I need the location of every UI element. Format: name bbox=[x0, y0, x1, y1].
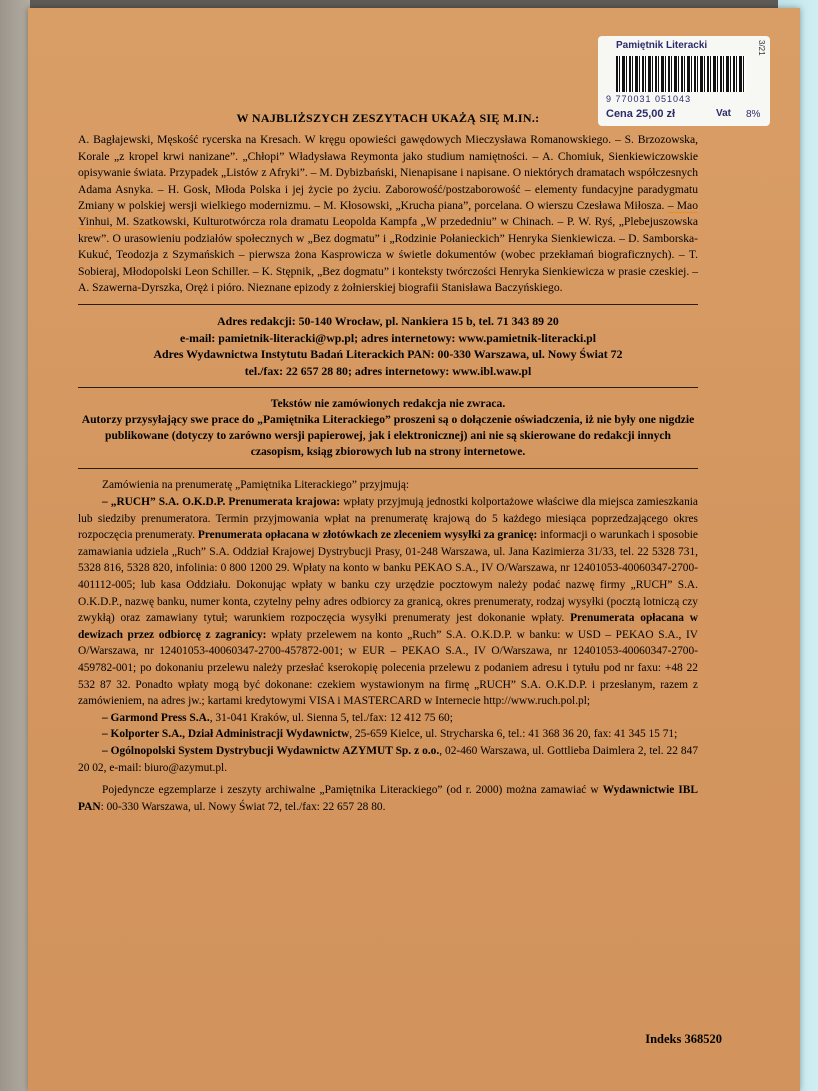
azymut-title: – Ogólnopolski System Dystrybucji Wydawn… bbox=[102, 745, 439, 757]
upcoming-list: A. Bagłajewski, Męskość rycerska na Kres… bbox=[78, 132, 698, 296]
single-text: Pojedyncze egzemplarze i zeszyty archiwa… bbox=[102, 784, 603, 796]
ruch-text-2: informacji o warunkach i sposobie zamawi… bbox=[78, 529, 698, 624]
index-number: Indeks 368520 bbox=[645, 1032, 722, 1047]
sticker-code: 3/21 bbox=[757, 40, 766, 56]
orders-single: Pojedyncze egzemplarze i zeszyty archiwa… bbox=[78, 782, 698, 815]
divider bbox=[78, 387, 698, 388]
divider bbox=[78, 304, 698, 305]
address-line-1: Adres redakcji: 50-140 Wrocław, pl. Nank… bbox=[78, 313, 698, 330]
orders-ruch: – „RUCH” S.A. O.K.D.P. Prenumerata krajo… bbox=[78, 494, 698, 710]
orders-kolporter: – Kolporter S.A., Dział Administracji Wy… bbox=[78, 726, 698, 743]
ruch-title: – „RUCH” S.A. O.K.D.P. Prenumerata krajo… bbox=[102, 496, 340, 508]
notice-line-2: Autorzy przysyłający swe prace do „Pamię… bbox=[78, 412, 698, 460]
single-text-2: : 00-330 Warszawa, ul. Nowy Świat 72, te… bbox=[101, 801, 386, 813]
orders-garmond: – Garmond Press S.A., 31-041 Kraków, ul.… bbox=[78, 710, 698, 727]
upcoming-text-1: A. Bagłajewski, Męskość rycerska na Kres… bbox=[78, 133, 698, 212]
barcode-number: 9 770031 051043 bbox=[606, 94, 691, 104]
kolporter-text: , 25-659 Kielce, ul. Strycharska 6, tel.… bbox=[349, 728, 677, 740]
address-line-4: tel./fax: 22 657 28 80; adres internetow… bbox=[78, 363, 698, 380]
divider bbox=[78, 468, 698, 469]
sticker-title: Pamiętnik Literacki bbox=[616, 40, 707, 51]
notice-line-1: Tekstów nie zamówionych redakcja nie zwr… bbox=[78, 396, 698, 412]
address-line-2: e-mail: pamietnik-literacki@wp.pl; adres… bbox=[78, 330, 698, 347]
kolporter-title: – Kolporter S.A., Dział Administracji Wy… bbox=[102, 728, 349, 740]
barcode-icon bbox=[616, 56, 746, 92]
address-line-3: Adres Wydawnictwa Instytutu Badań Litera… bbox=[78, 346, 698, 363]
orders-intro: Zamówienia na prenumeratę „Pamiętnika Li… bbox=[78, 477, 698, 494]
background-left bbox=[0, 0, 30, 1091]
vat-label: Vat bbox=[716, 108, 731, 119]
ruch-abroad-title: Prenumerata opłacana w złotówkach ze zle… bbox=[198, 529, 537, 541]
garmond-text: , 31-041 Kraków, ul. Sienna 5, tel./fax:… bbox=[210, 712, 453, 724]
garmond-title: – Garmond Press S.A. bbox=[102, 712, 210, 724]
cover-text: W NAJBLIŻSZYCH ZESZYTACH UKAŻĄ SIĘ M.IN.… bbox=[78, 110, 698, 815]
upcoming-heading: W NAJBLIŻSZYCH ZESZYTACH UKAŻĄ SIĘ M.IN.… bbox=[78, 110, 698, 126]
orders-azymut: – Ogólnopolski System Dystrybucji Wydawn… bbox=[78, 743, 698, 776]
vat-value: 8% bbox=[746, 109, 760, 120]
subscription-info: Zamówienia na prenumeratę „Pamiętnika Li… bbox=[78, 477, 698, 815]
